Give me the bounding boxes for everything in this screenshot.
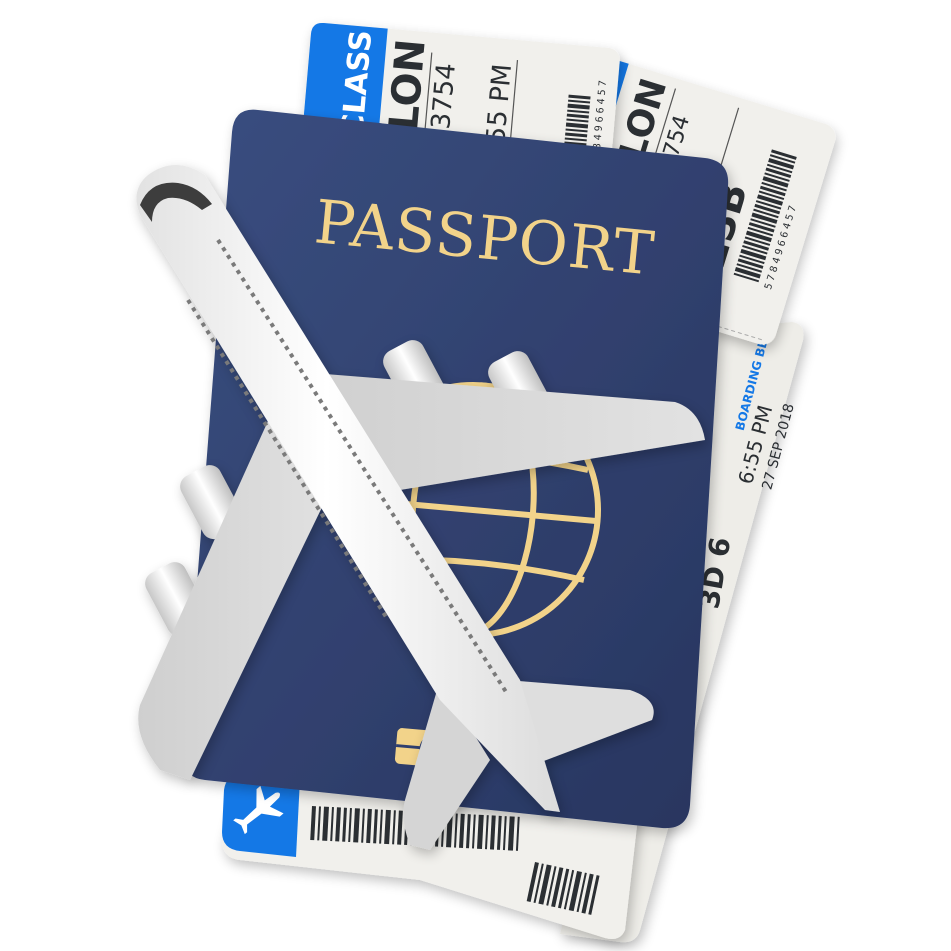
illustration-scene: BOARDING BEFORE 6:55 PM 27 SEP 2018 3D 6… [0,0,951,951]
